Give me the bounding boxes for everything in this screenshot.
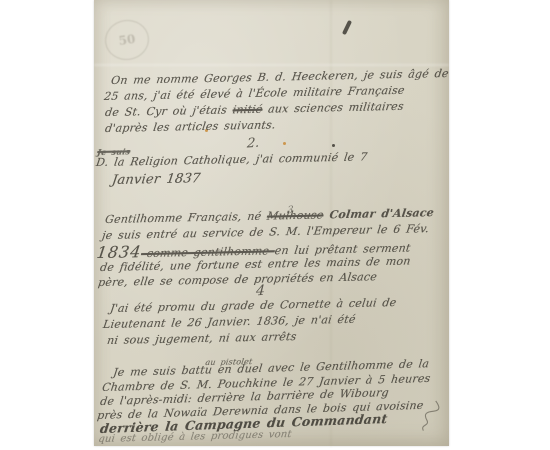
handwritten-line: D. la Religion Catholique, j'ai communié… [95, 150, 368, 169]
ink-speck [332, 144, 335, 147]
page-number-mark [342, 20, 352, 35]
text-segment: Gentilhomme Français, né [104, 210, 268, 226]
stamp-label: 50 [118, 32, 136, 48]
handwritten-line: Janvier 1837 [111, 171, 201, 188]
handwritten-line: de St. Cyr où j'étais initié aux science… [104, 100, 404, 119]
manuscript-page: 50 On me nomme Georges B. d. Heeckeren, … [94, 0, 449, 446]
year-figure: 1834 [95, 242, 142, 262]
oval-stamp: 50 [102, 17, 151, 63]
struck-text: Mulhouse [266, 208, 324, 222]
text-segment: de St. Cyr où j'étais [104, 103, 233, 119]
foxing-speck [283, 142, 286, 145]
handwritten-line: d'après les articles suivants. [104, 118, 276, 135]
handwritten-line: ni sous jugement, ni aux arrêts [106, 330, 297, 347]
section-number-2: 2. [246, 136, 259, 152]
section-number-4: 4 [255, 283, 265, 300]
text-segment: aux sciences militaires [262, 100, 405, 116]
struck-text: initié [232, 103, 264, 117]
text-segment: Colmar d'Alsace [323, 206, 435, 221]
paper-crease [94, 64, 449, 66]
handwritten-line: Lieutenant le 26 Janvier. 1836, je n'ai … [102, 313, 356, 331]
